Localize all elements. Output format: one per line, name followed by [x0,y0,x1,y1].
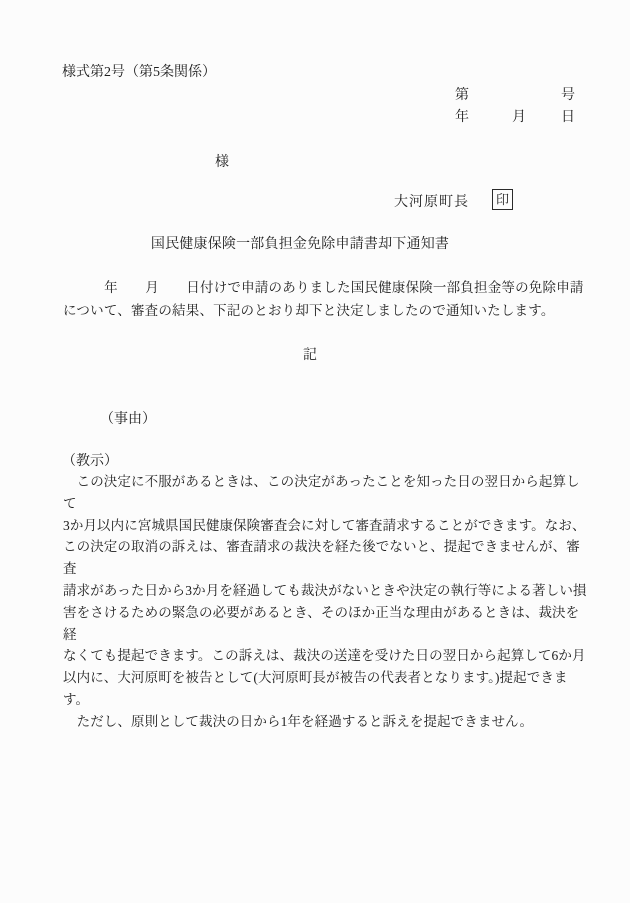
document-number-prefix: 第 [455,84,469,104]
record-marker: 記 [0,344,620,364]
rejection-notice-page: 様式第2号（第5条関係） 第 号 年 月 日 様 大河原町長 印 国民健康保険一… [0,0,630,903]
form-number-label: 様式第2号（第5条関係） [62,61,216,81]
date-year-label: 年 [455,106,469,126]
appeal-instruction-section-label: （教示） [62,450,118,470]
document-number-suffix: 号 [561,84,575,104]
appeal-instruction-paragraph: この決定に不服があるときは、この決定があったことを知った日の翌日から起算して 3… [63,471,588,733]
date-day-label: 日 [561,106,575,126]
sender-title: 大河原町長 [394,191,469,211]
notification-body-paragraph: 年 月 日付けで申請のありました国民健康保険一部負担金等の免除申請 について、審… [63,276,585,322]
date-month-label: 月 [512,106,526,126]
seal-character: 印 [496,193,509,206]
document-title: 国民健康保険一部負担金免除申請書却下通知書 [0,233,600,253]
reason-section-label: （事由） [100,408,156,428]
official-seal-mark: 印 [492,189,513,210]
addressee-honorific: 様 [215,151,229,171]
